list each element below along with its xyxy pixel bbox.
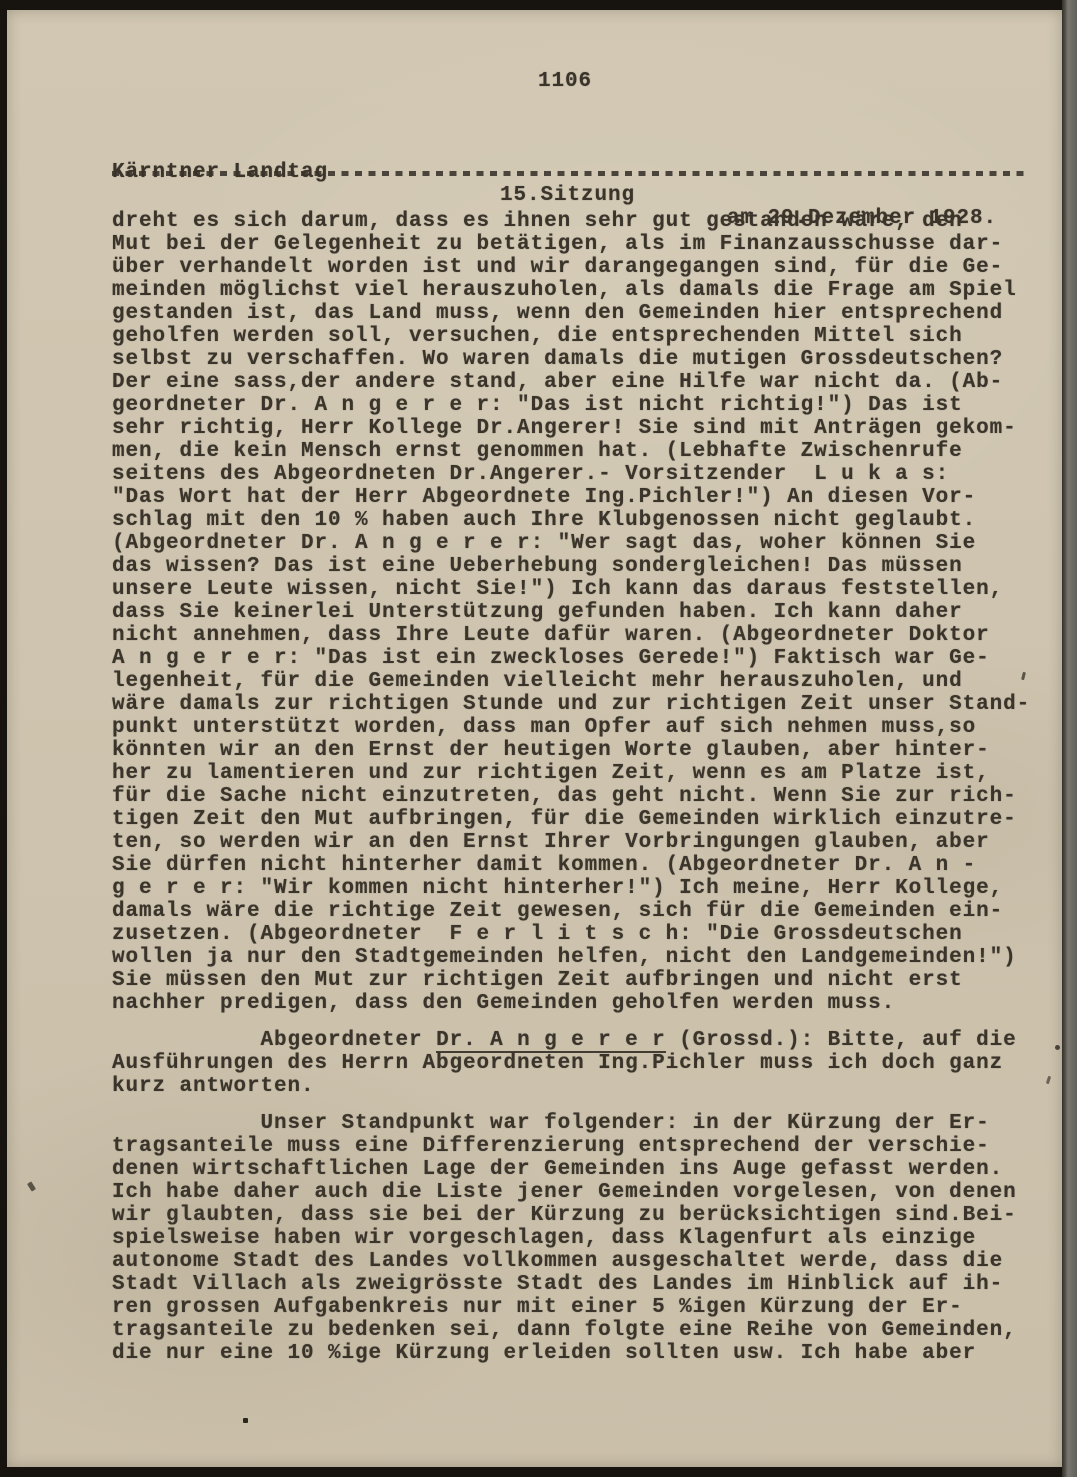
underlined-speaker-name: Dr. A n g e r e r (436, 1030, 666, 1053)
speech-angerer-standpunkt: Unser Standpunkt war folgender: in der K… (112, 1112, 1030, 1365)
session-header: Kärntner Landtag 15.Sitzung am 29.Dezemb… (7, 138, 1062, 161)
scan-speck (1055, 1045, 1060, 1050)
text-line: für die Sache nicht einzutreten, das geh… (112, 785, 1030, 808)
text-line: meinden möglichst viel herauszuholen, al… (112, 279, 1030, 302)
text-line: seitens des Abgeordneten Dr.Angerer.- Vo… (112, 463, 1030, 486)
text-line: tragsanteile zu bedenken sei, dann folgt… (112, 1319, 1030, 1342)
text-line: Ausführungen des Herrn Abgeordneten Ing.… (112, 1052, 1030, 1075)
text-line: wäre damals zur richtigen Stunde und zur… (112, 693, 1030, 716)
text-line: könnten wir an den Ernst der heutigen Wo… (112, 739, 1030, 762)
text-line: gestanden ist, das Land muss, wenn den G… (112, 302, 1030, 325)
text-line: geordneter Dr. A n g e r e r: "Das ist n… (112, 394, 1030, 417)
text-line: (Abgeordneter Dr. A n g e r e r: "Wer sa… (112, 532, 1030, 555)
text-line: g e r e r: "Wir kommen nicht hinterher!"… (112, 877, 1030, 900)
text-line: Ich habe daher auch die Liste jener Geme… (112, 1181, 1030, 1204)
header-divider (112, 171, 1025, 176)
text-line: legenheit, für die Gemeinden vielleicht … (112, 670, 1030, 693)
text-line: nicht annehmen, dass Ihre Leute dafür wa… (112, 624, 1030, 647)
text-line: A n g e r e r: "Das ist ein zweckloses G… (112, 647, 1030, 670)
text-line: ten, so werden wir an den Ernst Ihrer Vo… (112, 831, 1030, 854)
text-line: tragsanteile muss eine Differenzierung e… (112, 1135, 1030, 1158)
text-line: Mut bei der Gelegenheit zu betätigen, al… (112, 233, 1030, 256)
speech-angerer-intro: Abgeordneter Dr. A n g e r e r (Grossd.)… (112, 1029, 1030, 1098)
book-gutter-shadow (1062, 0, 1077, 1477)
text-line: wollen ja nur den Stadtgemeinden helfen,… (112, 946, 1030, 969)
text-line: nachher predigen, dass den Gemeinden geh… (112, 992, 1030, 1015)
text-line: dreht es sich darum, dass es ihnen sehr … (112, 210, 1030, 233)
text-line: Der eine sass,der andere stand, aber ein… (112, 371, 1030, 394)
text-line: selbst zu verschaffen. Wo waren damals d… (112, 348, 1030, 371)
text-line: Stadt Villach als zweigrösste Stadt des … (112, 1273, 1030, 1296)
text-line: unsere Leute wissen, nicht Sie!") Ich ka… (112, 578, 1030, 601)
scan-speck (1046, 1076, 1051, 1085)
text-line: damals wäre die richtige Zeit gewesen, s… (112, 900, 1030, 923)
text-line: dass Sie keinerlei Unterstützung gefunde… (112, 601, 1030, 624)
header-session-number: 15.Sitzung (500, 184, 635, 207)
text-line: her zu lamentieren und zur richtigen Zei… (112, 762, 1030, 785)
scan-speck (243, 1418, 248, 1423)
text-line: Sie dürfen nicht hinterher damit kommen.… (112, 854, 1030, 877)
text-line: Unser Standpunkt war folgender: in der K… (112, 1112, 1030, 1135)
text-line: über verhandelt worden ist und wir daran… (112, 256, 1030, 279)
text-line: das wissen? Das ist eine Ueberhebung son… (112, 555, 1030, 578)
scan-speck (27, 1181, 36, 1191)
text-line: die nur eine 10 %ige Kürzung erleiden so… (112, 1342, 1030, 1365)
text-line: men, die kein Mensch ernst genommen hat.… (112, 440, 1030, 463)
text-line: schlag mit den 10 % haben auch Ihre Klub… (112, 509, 1030, 532)
text-line: Abgeordneter Dr. A n g e r e r (Grossd.)… (112, 1029, 1030, 1052)
paper-sheet: 1106 Kärntner Landtag 15.Sitzung am 29.D… (7, 10, 1062, 1467)
text-line: ren grossen Aufgabenkreis nur mit einer … (112, 1296, 1030, 1319)
text-line: Sie müssen den Mut zur richtigen Zeit au… (112, 969, 1030, 992)
text-line: geholfen werden soll, versuchen, die ent… (112, 325, 1030, 348)
text-line: "Das Wort hat der Herr Abgeordnete Ing.P… (112, 486, 1030, 509)
text-line: wir glaubten, dass sie bei der Kürzung z… (112, 1204, 1030, 1227)
page-number: 1106 (538, 70, 592, 93)
text-line: sehr richtig, Herr Kollege Dr.Angerer! S… (112, 417, 1030, 440)
text-line: kurz antworten. (112, 1075, 1030, 1098)
text-line: denen wirtschaftlichen Lage der Gemeinde… (112, 1158, 1030, 1181)
text-line: zusetzen. (Abgeordneter F e r l i t s c … (112, 923, 1030, 946)
text-segment: Abgeordneter (112, 1029, 436, 1052)
text-segment: (Grossd.): Bitte, auf die (666, 1029, 1017, 1052)
text-line: tigen Zeit den Mut aufbringen, für die G… (112, 808, 1030, 831)
text-line: autonome Stadt des Landes vollkommen aus… (112, 1250, 1030, 1273)
scanned-page: 1106 Kärntner Landtag 15.Sitzung am 29.D… (0, 0, 1077, 1477)
text-line: punkt unterstützt worden, dass man Opfer… (112, 716, 1030, 739)
document-body: dreht es sich darum, dass es ihnen sehr … (112, 210, 1030, 1365)
text-line: spielsweise haben wir vorgeschlagen, das… (112, 1227, 1030, 1250)
speech-pichler: dreht es sich darum, dass es ihnen sehr … (112, 210, 1030, 1015)
